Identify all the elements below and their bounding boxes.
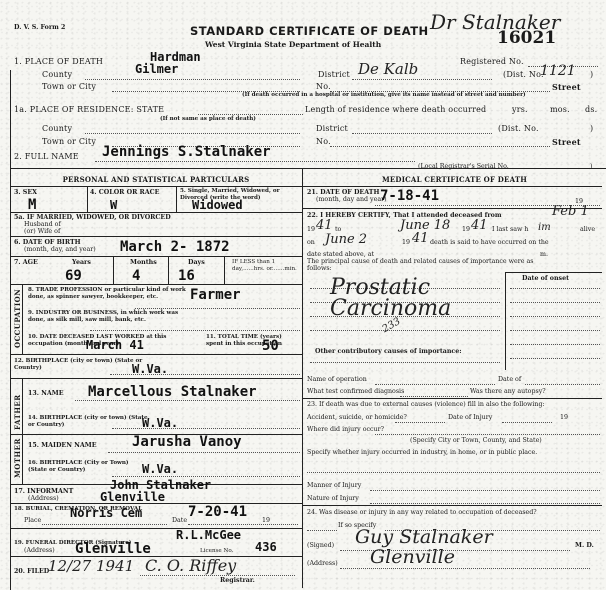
months-label: Months — [130, 259, 157, 266]
full-name-label: 2. FULL NAME — [14, 152, 79, 161]
injury-date-label: Date of Injury — [448, 414, 492, 421]
district-label: District — [318, 70, 350, 79]
burial-place-label: Place — [24, 517, 41, 524]
days-label: Days — [188, 259, 205, 266]
certificate-title: STANDARD CERTIFICATE OF DEATH — [190, 24, 429, 38]
mother-name-value: Jarusha Vanoy — [132, 434, 242, 450]
last-saw-year: 41 — [412, 231, 429, 246]
district-value: De Kalb — [358, 60, 418, 78]
burial-date-value: 7-20-41 — [188, 504, 247, 520]
residence-town-label: Town or City — [42, 137, 96, 146]
trade-label: 8. TRADE PROFESSION or particular kind o… — [28, 287, 188, 301]
where-injury-label: Where did injury occur? — [307, 426, 384, 433]
father-name-label: 13. NAME — [28, 390, 64, 397]
last-worked-value: March 41 — [86, 338, 144, 352]
cause-of-death-line2: Carcinoma — [330, 296, 451, 321]
certificate-subtitle: West Virginia State Department of Health — [205, 40, 381, 49]
dist-no-value: 1121 — [540, 63, 576, 79]
signed-label: (Signed) — [307, 542, 334, 549]
total-time-label: 11. TOTAL TIME (years) spent in this occ… — [206, 334, 296, 348]
race-label: 4. COLOR OR RACE — [90, 189, 159, 196]
residence-county-label: County — [42, 124, 72, 133]
personal-section-title: PERSONAL AND STATISTICAL PARTICULARS — [10, 175, 302, 184]
county-label: County — [42, 70, 72, 79]
father-side-label: FATHER — [13, 394, 22, 430]
autopsy-label: Was there any autopsy? — [470, 388, 546, 395]
residence-length-label: Length of residence where death occurred — [305, 105, 486, 114]
mother-birthplace-value: W.Va. — [142, 462, 178, 476]
burial-date-label: Date — [172, 517, 187, 524]
husband-of-label: Husband of — [24, 221, 61, 228]
no-label: No. — [316, 82, 331, 91]
age-days: 16 — [178, 268, 195, 284]
residence-no-label: No. — [316, 137, 331, 146]
residence-district-label: District — [316, 124, 348, 133]
less-than-day-label: IF LESS than 1 day,......hrs. or.......m… — [232, 259, 300, 273]
physician-address-label: (Address) — [307, 560, 338, 567]
wife-of-label: (or) Wife of — [24, 228, 60, 235]
informant-address: Glenville — [100, 490, 165, 504]
sex-label: 3. SEX — [14, 189, 37, 196]
license-label: License No. — [200, 548, 233, 554]
left-border — [10, 70, 11, 590]
total-time-value: 50 — [262, 338, 279, 354]
license-value: 436 — [255, 540, 277, 554]
date-of-onset-label: Date of onset — [522, 275, 569, 282]
town-label: Town or City — [42, 82, 96, 91]
center-divider — [302, 168, 303, 588]
mother-name-label: 15. MAIDEN NAME — [28, 442, 97, 449]
mother-side-label: MOTHER — [13, 438, 22, 478]
registrar-label: Registrar. — [220, 577, 255, 584]
manner-of-injury-label: Manner of Injury — [307, 482, 361, 489]
medical-section-title: MEDICAL CERTIFICATE OF DEATH — [303, 175, 606, 184]
place-of-death-label: 1. PLACE OF DEATH — [14, 57, 103, 66]
burial-place-value: Norris Cem — [70, 506, 142, 520]
filed-date: 12/27 1941 — [48, 557, 134, 575]
specify-injury-label: Specify whether injury occurred in indus… — [307, 449, 537, 456]
where-injury-note: (Specify City or Town, County, and State… — [410, 437, 542, 444]
age-months: 4 — [132, 268, 140, 284]
file-number: 16021 — [497, 28, 556, 48]
dod-sublabel: (month, day and year) — [316, 196, 387, 203]
attended-from-year: 41 — [316, 218, 333, 233]
attended-to-year: 41 — [471, 218, 488, 233]
full-name-value: Jennings S.Stalnaker — [102, 144, 271, 160]
dob-sublabel: (month, day, and year) — [24, 246, 96, 253]
form-id: D. V. S. Form 2 — [14, 24, 65, 31]
attended-from: Feb 1 — [552, 204, 589, 219]
occupation-related-label: 24. Was disease or injury in any way rel… — [307, 509, 537, 516]
other-causes-label: Other contributory causes of importance: — [315, 348, 462, 355]
father-name-value: Marcellous Stalnaker — [88, 384, 257, 400]
funeral-director-address: Glenville — [75, 541, 151, 557]
years-label: Years — [72, 259, 91, 266]
residence-label: 1a. PLACE OF RESIDENCE: STATE — [14, 105, 164, 114]
county-value: Gilmer — [135, 62, 178, 76]
residence-note: (If not same as place of death) — [160, 116, 256, 122]
registrar-signature: C. O. Riffey — [145, 556, 236, 575]
nature-of-injury-label: Nature of Injury — [307, 495, 359, 502]
filed-label: 20. FILED — [14, 568, 49, 575]
dod-label: 21. DATE OF DEATH — [307, 189, 379, 196]
marital-status-value: Widowed — [192, 198, 243, 212]
residence-dist-no-label: (Dist. No. — [498, 124, 539, 133]
dist-no-label: (Dist. No. — [503, 70, 544, 79]
father-birthplace-label: 14. BIRTHPLACE (city or town) (State or … — [28, 415, 148, 429]
hospital-note: (If death occurred in a hospital or inst… — [242, 92, 526, 98]
external-causes-label: 23. If death was due to external causes … — [307, 401, 545, 408]
funeral-director-name: R.L.McGee — [176, 528, 241, 542]
informant-address-label: (Address) — [28, 495, 59, 502]
mother-birthplace-label: 16. BIRTHPLACE (City or Town) (State or … — [28, 460, 148, 474]
industry-label: 9. INDUSTRY OR BUSINESS, in which work w… — [28, 310, 188, 324]
residence-street-label: Street — [552, 137, 581, 147]
operation-label: Name of operation — [307, 376, 367, 383]
test-diagnosis-label: What test confirmed diagnosis — [307, 388, 404, 395]
street-label: Street — [552, 82, 581, 92]
physician-signature: Guy Stalnaker — [355, 526, 493, 548]
funeral-address-label: (Address) — [24, 547, 55, 554]
spouse-label: 5a. IF MARRIED, WIDOWED, OR DIVORCED — [14, 214, 171, 221]
registered-no-label: Registered No. — [460, 57, 524, 66]
death-certificate: D. V. S. Form 2 STANDARD CERTIFICATE OF … — [0, 0, 606, 590]
cause-label: The principal cause of death and related… — [307, 258, 552, 272]
age-years: 69 — [65, 268, 82, 284]
sex-value: M — [28, 197, 36, 213]
birthplace-label: 12. BIRTHPLACE (city or town) (State or … — [14, 358, 144, 372]
age-label: 7. AGE — [14, 259, 38, 266]
last-saw-date: June 2 — [325, 232, 367, 247]
race-value: W — [110, 198, 117, 212]
dob-label: 6. DATE OF BIRTH — [14, 239, 81, 246]
informant-label: 17. INFORMANT — [14, 488, 73, 495]
dod-value: 7-18-41 — [380, 188, 439, 204]
accident-label: Accident, suicide, or homicide? — [307, 414, 407, 421]
trade-value: Farmer — [190, 287, 241, 303]
physician-address: Glenville — [370, 546, 455, 568]
occupation-side-label: OCCUPATION — [13, 289, 22, 348]
dob-value: March 2- 1872 — [120, 239, 230, 255]
